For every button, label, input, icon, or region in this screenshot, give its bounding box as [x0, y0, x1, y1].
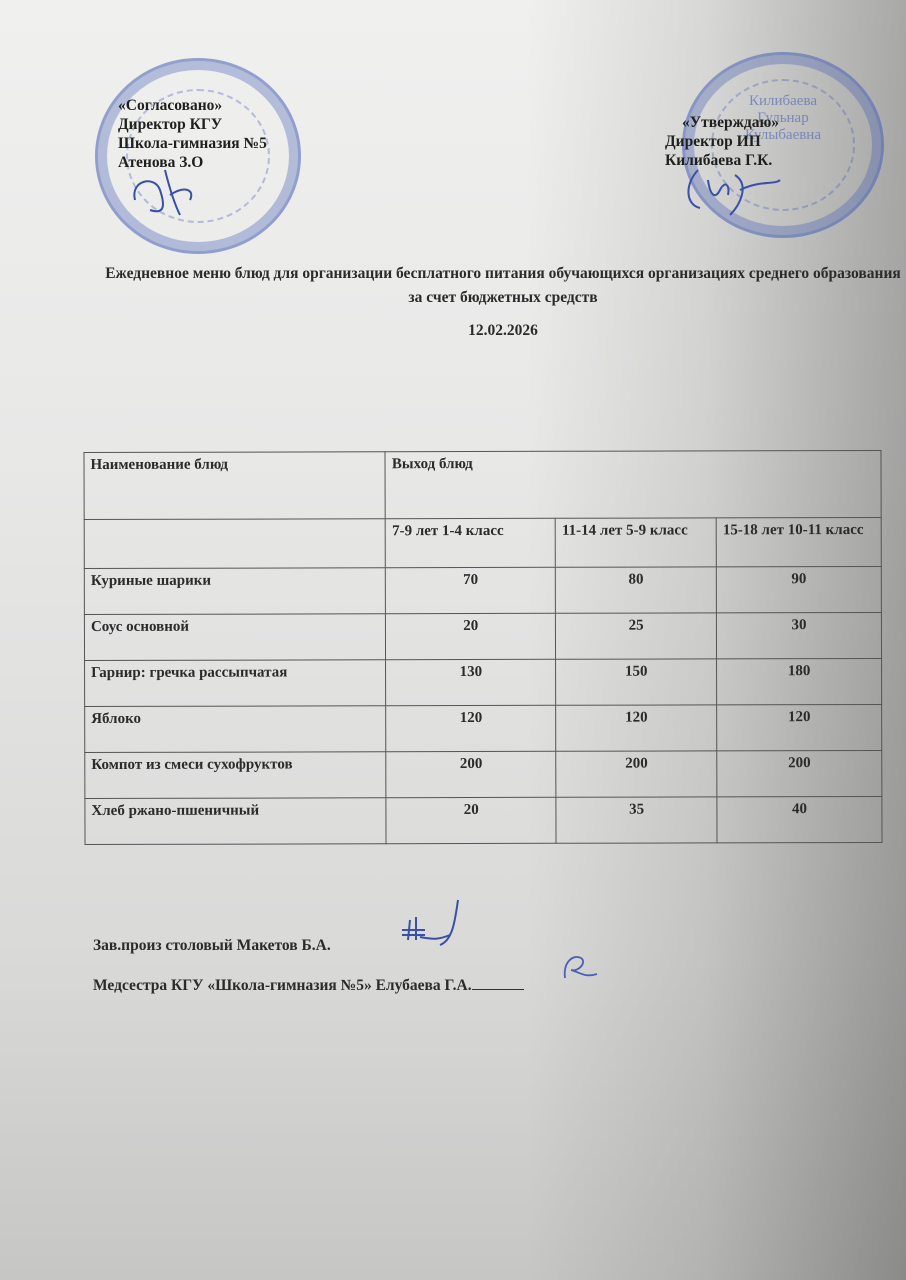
- menu-table: Наименование блюд Выход блюд 7-9 лет 1-4…: [83, 450, 882, 845]
- approval-position: Директор ИП: [665, 132, 779, 151]
- dish-output-value: 120: [556, 705, 717, 751]
- table-row: Куриные шарики 70 80 90: [84, 566, 881, 614]
- dish-output-value: 120: [717, 704, 882, 750]
- stamp-text-line: Килибаева: [733, 93, 833, 110]
- dish-output-value: 180: [717, 658, 882, 704]
- document-date: 12.02.2026: [100, 322, 906, 340]
- dish-name: Хлеб ржано-пшеничный: [85, 798, 387, 845]
- table-row: Компот из смеси сухофруктов 200 200 200: [85, 750, 882, 798]
- table-row: Яблоко 120 120 120: [85, 704, 882, 752]
- dish-name: Яблоко: [85, 706, 387, 753]
- approval-heading: «Утверждаю»: [665, 113, 779, 132]
- dish-output-value: 200: [717, 750, 882, 796]
- header-output: Выход блюд: [385, 450, 881, 518]
- table-row: Гарнир: гречка рассыпчатая 130 150 180: [85, 658, 882, 706]
- signer-line: Медсестра КГУ «Школа-гимназия №5» Елубае…: [93, 966, 524, 1006]
- dish-name: Куриные шарики: [84, 568, 386, 615]
- dish-output-value: 35: [556, 797, 717, 843]
- table-header-row: Наименование блюд Выход блюд: [84, 450, 881, 519]
- dish-output-value: 200: [386, 751, 556, 797]
- document-title: Ежедневное меню блюд для организации бес…: [100, 262, 906, 310]
- table-row: Хлеб ржано-пшеничный 20 35 40: [85, 796, 882, 844]
- age-group-3: 15-18 лет 10-11 класс: [716, 517, 881, 566]
- dish-output-value: 30: [717, 612, 882, 658]
- dish-output-value: 130: [386, 659, 556, 705]
- approval-organization: Школа-гимназия №5: [118, 134, 267, 153]
- signature-manager-icon: [380, 895, 490, 955]
- signature-underline: [472, 975, 524, 990]
- signer-text: Медсестра КГУ «Школа-гимназия №5» Елубае…: [93, 977, 472, 994]
- dish-output-value: 40: [717, 796, 882, 842]
- dish-output-value: 20: [386, 797, 556, 843]
- dish-output-value: 25: [556, 613, 717, 659]
- dish-name: Гарнир: гречка рассыпчатая: [85, 660, 387, 707]
- signature-right-icon: [680, 160, 790, 220]
- age-group-empty-cell: [84, 519, 386, 569]
- dish-output-value: 20: [386, 613, 556, 659]
- dish-name: Компот из смеси сухофруктов: [85, 752, 387, 799]
- signature-nurse-icon: [555, 952, 605, 982]
- approval-heading: «Согласовано»: [118, 96, 267, 115]
- signature-left-icon: [125, 160, 205, 220]
- dish-output-value: 90: [716, 566, 881, 612]
- dish-output-value: 200: [556, 751, 717, 797]
- age-group-2: 11-14 лет 5-9 класс: [555, 518, 716, 567]
- signer-text: Зав.произ столовый Макетов Б.А.: [93, 937, 331, 954]
- dish-output-value: 120: [386, 705, 556, 751]
- table-age-group-row: 7-9 лет 1-4 класс 11-14 лет 5-9 класс 15…: [84, 517, 881, 568]
- table-row: Соус основной 20 25 30: [84, 612, 881, 660]
- dish-output-value: 70: [386, 567, 556, 613]
- dish-output-value: 150: [556, 659, 717, 705]
- header-dish-name: Наименование блюд: [84, 452, 386, 520]
- dish-output-value: 80: [556, 567, 717, 613]
- approval-position: Директор КГУ: [118, 115, 267, 134]
- dish-name: Соус основной: [84, 614, 386, 661]
- age-group-1: 7-9 лет 1-4 класс: [386, 518, 556, 567]
